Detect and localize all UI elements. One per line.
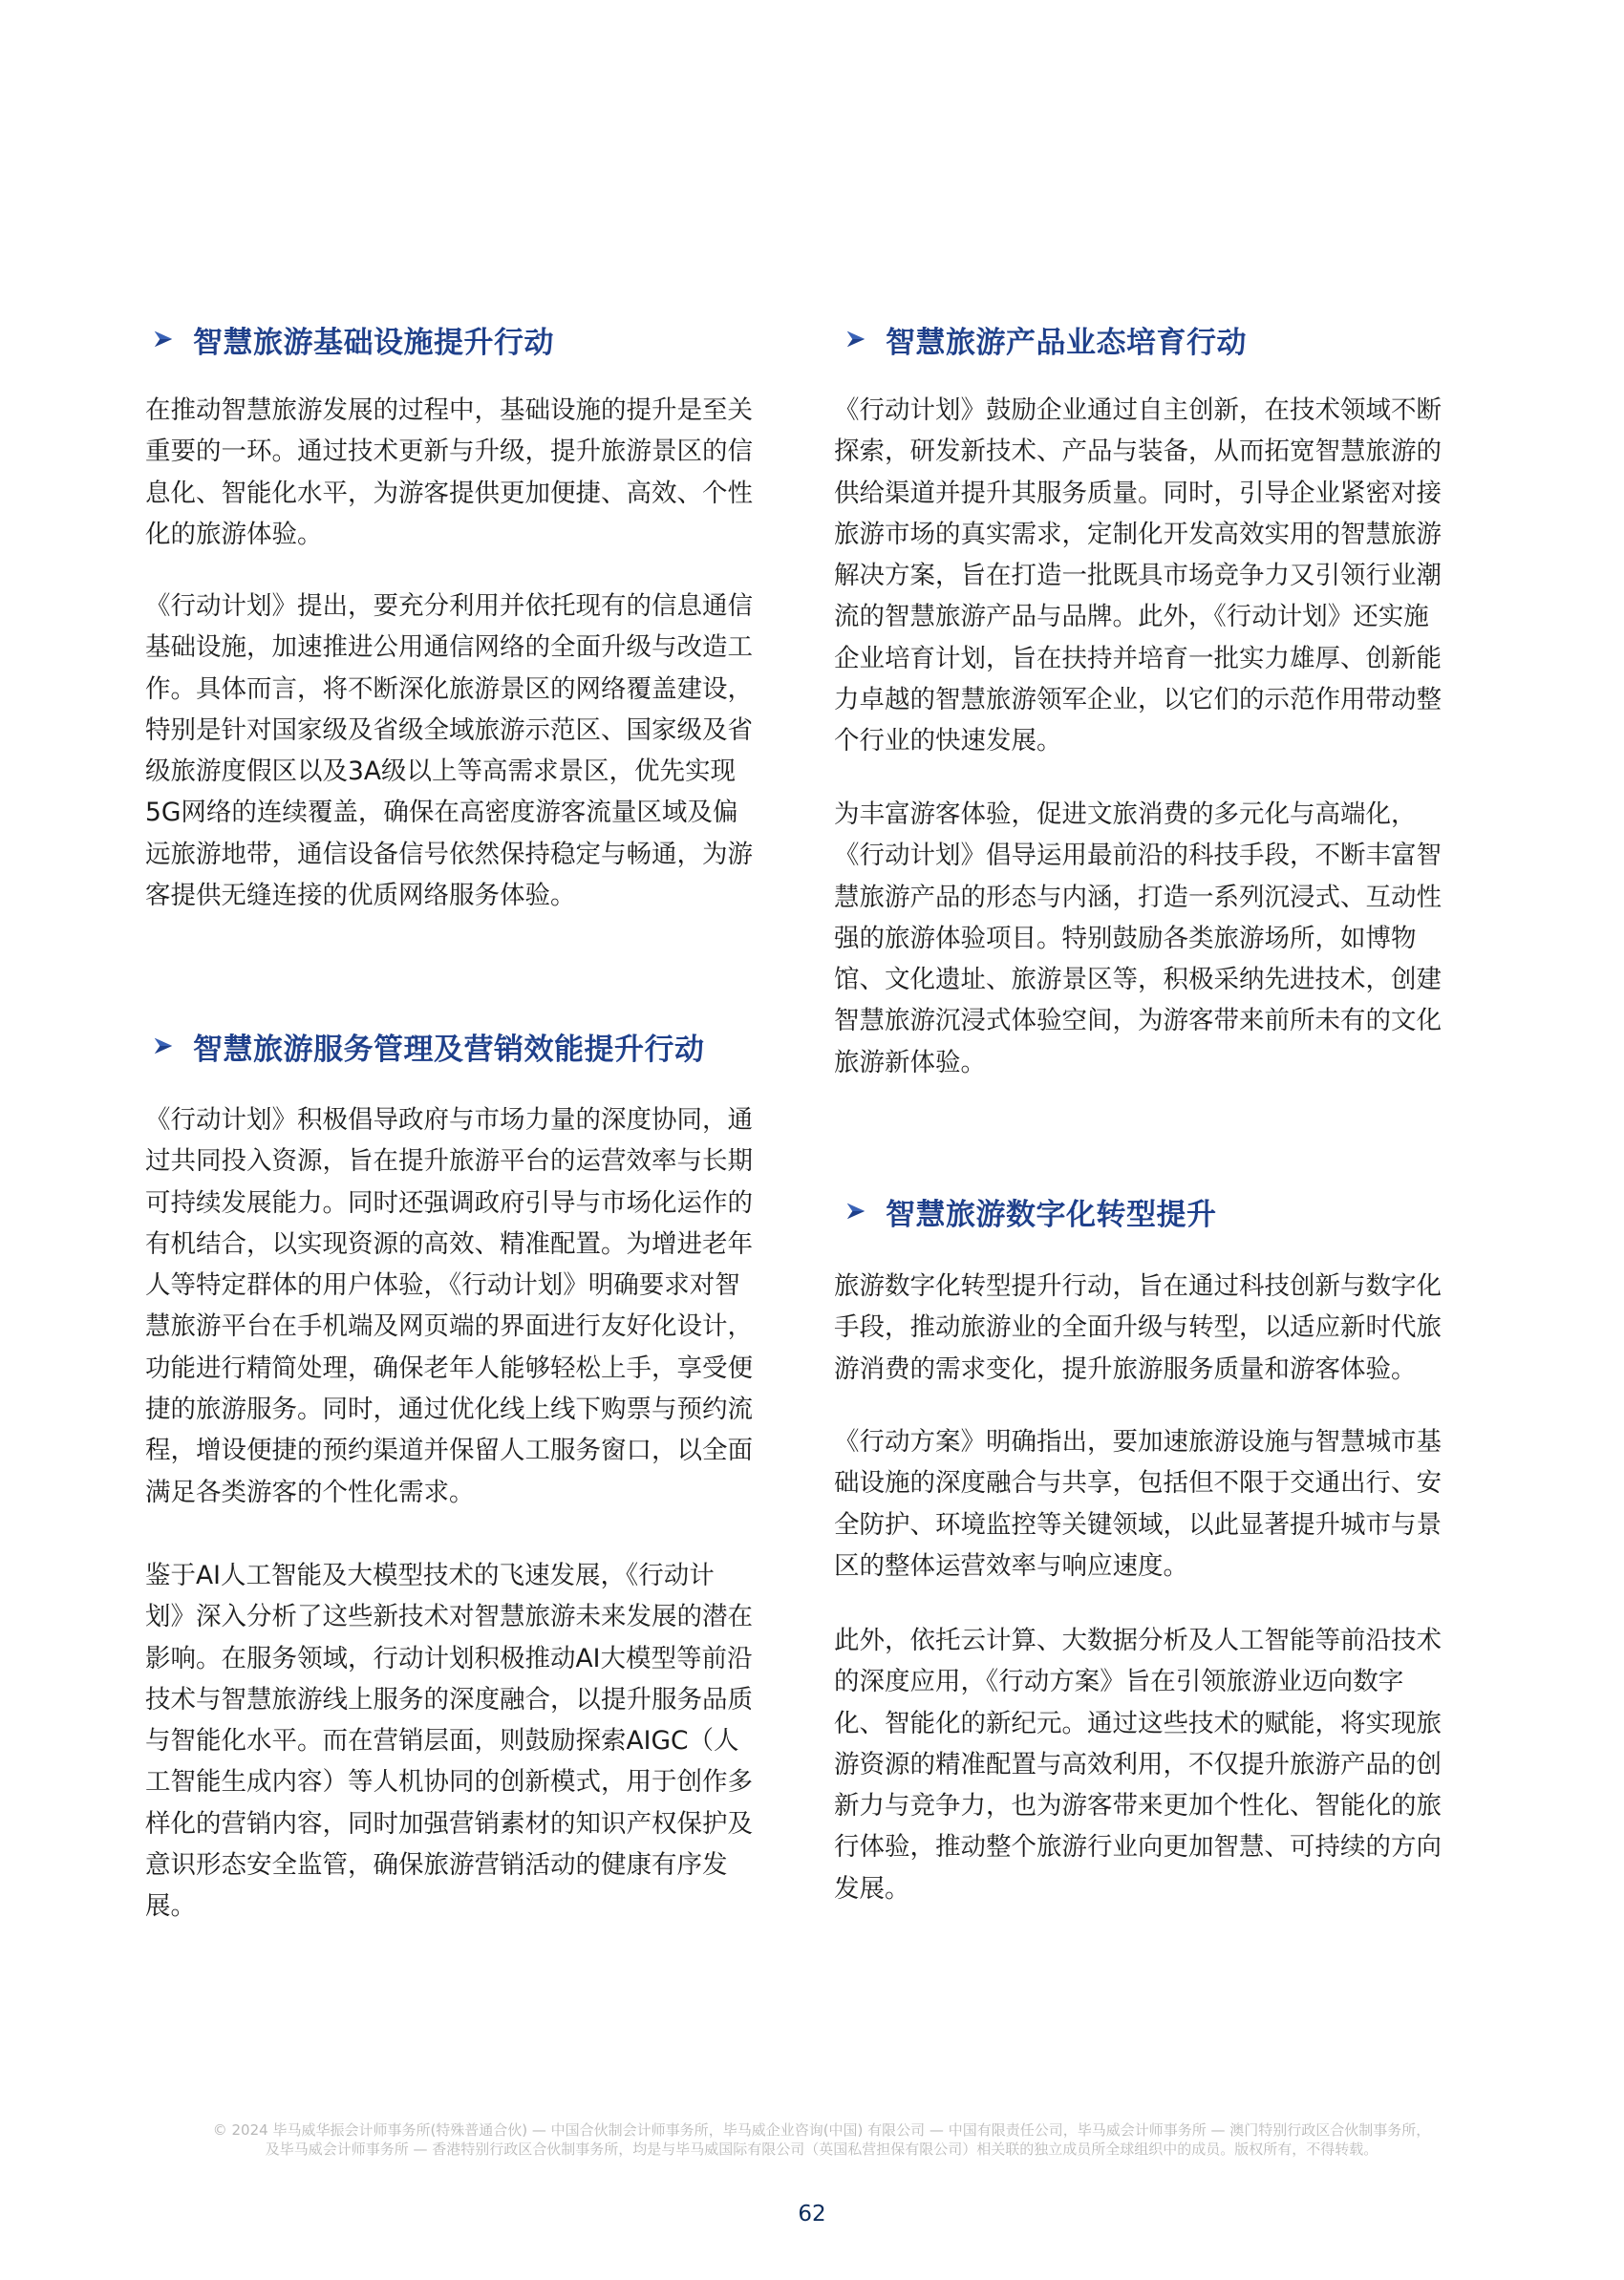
- text-line: 智慧旅游沉浸式体验空间，为游客带来前所未有的文化: [834, 1000, 1503, 1041]
- text-line: 5G网络的连续覆盖，确保在高密度游客流量区域及偏: [145, 792, 804, 833]
- text-line: 旅游数字化转型提升行动，旨在通过科技创新与数字化: [834, 1266, 1503, 1307]
- text-line: 《行动计划》提出，要充分利用并依托现有的信息通信: [145, 586, 804, 627]
- text-line: 供给渠道并提升其服务质量。同时，引导企业紧密对接: [834, 473, 1503, 514]
- text-line: 手段，推动旅游业的全面升级与转型，以适应新时代旅: [834, 1307, 1503, 1348]
- text-line: 此外，依托云计算、大数据分析及人工智能等前沿技术: [834, 1620, 1503, 1661]
- text-line: 在推动智慧旅游发展的过程中，基础设施的提升是至关: [145, 390, 804, 431]
- heading-text: 智慧旅游服务管理及营销效能提升行动: [193, 1025, 705, 1068]
- text-line: 《行动计划》倡导运用最前沿的科技手段，不断丰富智: [834, 835, 1503, 876]
- paragraph: 《行动计划》鼓励企业通过自主创新，在技术领域不断 探索，研发新技术、产品与装备，…: [834, 390, 1503, 762]
- text-line: 慧旅游平台在手机端及网页端的界面进行友好化设计，: [145, 1306, 804, 1347]
- text-line: 客提供无缝连接的优质网络服务体验。: [145, 875, 804, 916]
- text-line: 强的旅游体验项目。特别鼓励各类旅游场所，如博物: [834, 918, 1503, 959]
- text-line: 意识形态安全监管，确保旅游营销活动的健康有序发: [145, 1844, 804, 1886]
- text-line: 流的智慧旅游产品与品牌。此外，《行动计划》还实施: [834, 596, 1503, 637]
- paragraph: 为丰富游客体验，促进文旅消费的多元化与高端化， 《行动计划》倡导运用最前沿的科技…: [834, 794, 1503, 1083]
- text-line: 人等特定群体的用户体验，《行动计划》明确要求对智: [145, 1265, 804, 1306]
- text-line: 游消费的需求变化，提升旅游服务质量和游客体验。: [834, 1349, 1503, 1390]
- paragraph: 旅游数字化转型提升行动，旨在通过科技创新与数字化 手段，推动旅游业的全面升级与转…: [834, 1266, 1503, 1390]
- text-line: 础设施的深度融合与共享，包括但不限于交通出行、安: [834, 1462, 1503, 1503]
- text-line: 游资源的精准配置与高效利用，不仅提升旅游产品的创: [834, 1744, 1503, 1785]
- text-line: 旅游市场的真实需求，定制化开发高效实用的智慧旅游: [834, 514, 1503, 555]
- copyright-footer: © 2024 毕马威华振会计师事务所(特殊普通合伙) — 中国合伙制会计师事务所…: [153, 2120, 1490, 2159]
- paragraph: 《行动计划》提出，要充分利用并依托现有的信息通信 基础设施，加速推进公用通信网络…: [145, 586, 804, 916]
- text-line: 发展。: [834, 1868, 1503, 1909]
- copyright-line: 及毕马威会计师事务所 — 香港特别行政区合伙制事务所，均是与毕马威国际有限公司（…: [153, 2140, 1490, 2159]
- text-line: 《行动计划》积极倡导政府与市场力量的深度协同，通: [145, 1099, 804, 1140]
- copyright-line: © 2024 毕马威华振会计师事务所(特殊普通合伙) — 中国合伙制会计师事务所…: [153, 2120, 1490, 2140]
- text-line: 解决方案，旨在打造一批既具市场竞争力又引领行业潮: [834, 555, 1503, 596]
- section-heading-products: 智慧旅游产品业态培育行动: [845, 318, 1514, 360]
- arrowhead-bullet-icon: [153, 1035, 174, 1056]
- text-line: 可持续发展能力。同时还强调政府引导与市场化运作的: [145, 1183, 804, 1224]
- text-line: 有机结合，以实现资源的高效、精准配置。为增进老年: [145, 1224, 804, 1265]
- text-line: 全防护、环境监控等关键领域，以此显著提升城市与景: [834, 1504, 1503, 1545]
- paragraph: 鉴于AI人工智能及大模型技术的飞速发展，《行动计 划》深入分析了这些新技术对智慧…: [145, 1555, 804, 1928]
- text-line: 捷的旅游服务。同时，通过优化线上线下购票与预约流: [145, 1389, 804, 1430]
- text-line: 与智能化水平。而在营销层面，则鼓励探索AIGC（人: [145, 1720, 804, 1761]
- text-line: 《行动方案》明确指出，要加速旅游设施与智慧城市基: [834, 1421, 1503, 1462]
- text-line: 化、智能化的新纪元。通过这些技术的赋能，将实现旅: [834, 1703, 1503, 1744]
- text-line: 区的整体运营效率与响应速度。: [834, 1545, 1503, 1587]
- text-line: 慧旅游产品的形态与内涵，打造一系列沉浸式、互动性: [834, 877, 1503, 918]
- text-line: 远旅游地带，通信设备信号依然保持稳定与畅通，为游: [145, 834, 804, 875]
- section-heading-infrastructure: 智慧旅游基础设施提升行动: [153, 318, 812, 360]
- text-line: 个行业的快速发展。: [834, 720, 1503, 761]
- text-line: 展。: [145, 1886, 804, 1927]
- page-number: 62: [764, 2202, 860, 2227]
- arrowhead-bullet-icon: [845, 1201, 866, 1222]
- text-line: 过共同投入资源，旨在提升旅游平台的运营效率与长期: [145, 1140, 804, 1182]
- heading-text: 智慧旅游产品业态培育行动: [886, 318, 1247, 361]
- text-line: 级旅游度假区以及3A级以上等高需求景区，优先实现: [145, 751, 804, 792]
- text-line: 化的旅游体验。: [145, 514, 804, 555]
- text-line: 影响。在服务领域，行动计划积极推动AI大模型等前沿: [145, 1638, 804, 1679]
- text-line: 划》深入分析了这些新技术对智慧旅游未来发展的潜在: [145, 1596, 804, 1637]
- heading-text: 智慧旅游基础设施提升行动: [193, 318, 554, 361]
- text-line: 特别是针对国家级及省级全域旅游示范区、国家级及省: [145, 710, 804, 751]
- text-line: 满足各类游客的个性化需求。: [145, 1472, 804, 1513]
- text-line: 基础设施，加速推进公用通信网络的全面升级与改造工: [145, 627, 804, 668]
- text-line: 力卓越的智慧旅游领军企业，以它们的示范作用带动整: [834, 679, 1503, 720]
- text-line: 程，增设便捷的预约渠道并保留人工服务窗口，以全面: [145, 1430, 804, 1471]
- text-line: 息化、智能化水平，为游客提供更加便捷、高效、个性: [145, 473, 804, 514]
- text-line: 《行动计划》鼓励企业通过自主创新，在技术领域不断: [834, 390, 1503, 431]
- text-line: 旅游新体验。: [834, 1042, 1503, 1083]
- text-line: 为丰富游客体验，促进文旅消费的多元化与高端化，: [834, 794, 1503, 835]
- paragraph: 此外，依托云计算、大数据分析及人工智能等前沿技术 的深度应用，《行动方案》旨在引…: [834, 1620, 1503, 1909]
- text-line: 的深度应用，《行动方案》旨在引领旅游业迈向数字: [834, 1661, 1503, 1702]
- text-line: 新力与竞争力，也为游客带来更加个性化、智能化的旅: [834, 1785, 1503, 1826]
- arrowhead-bullet-icon: [845, 329, 866, 350]
- text-line: 重要的一环。通过技术更新与升级，提升旅游景区的信: [145, 431, 804, 472]
- text-line: 样化的营销内容，同时加强营销素材的知识产权保护及: [145, 1803, 804, 1844]
- paragraph: 《行动方案》明确指出，要加速旅游设施与智慧城市基 础设施的深度融合与共享，包括但…: [834, 1421, 1503, 1587]
- text-line: 技术与智慧旅游线上服务的深度融合，以提升服务品质: [145, 1679, 804, 1720]
- text-line: 探索，研发新技术、产品与装备，从而拓宽智慧旅游的: [834, 431, 1503, 472]
- text-line: 工智能生成内容）等人机协同的创新模式，用于创作多: [145, 1761, 804, 1802]
- section-heading-service-marketing: 智慧旅游服务管理及营销效能提升行动: [153, 1025, 812, 1067]
- heading-text: 智慧旅游数字化转型提升: [886, 1190, 1217, 1233]
- text-line: 企业培育计划，旨在扶持并培育一批实力雄厚、创新能: [834, 638, 1503, 679]
- text-line: 行体验，推动整个旅游行业向更加智慧、可持续的方向: [834, 1826, 1503, 1867]
- text-line: 鉴于AI人工智能及大模型技术的飞速发展，《行动计: [145, 1555, 804, 1596]
- text-line: 功能进行精简处理，确保老年人能够轻松上手，享受便: [145, 1348, 804, 1389]
- section-heading-digital-transformation: 智慧旅游数字化转型提升: [845, 1190, 1514, 1232]
- arrowhead-bullet-icon: [153, 329, 174, 350]
- paragraph: 《行动计划》积极倡导政府与市场力量的深度协同，通 过共同投入资源，旨在提升旅游平…: [145, 1099, 804, 1513]
- text-line: 作。具体而言，将不断深化旅游景区的网络覆盖建设，: [145, 669, 804, 710]
- text-line: 馆、文化遗址、旅游景区等，积极采纳先进技术，创建: [834, 959, 1503, 1000]
- paragraph: 在推动智慧旅游发展的过程中，基础设施的提升是至关 重要的一环。通过技术更新与升级…: [145, 390, 804, 555]
